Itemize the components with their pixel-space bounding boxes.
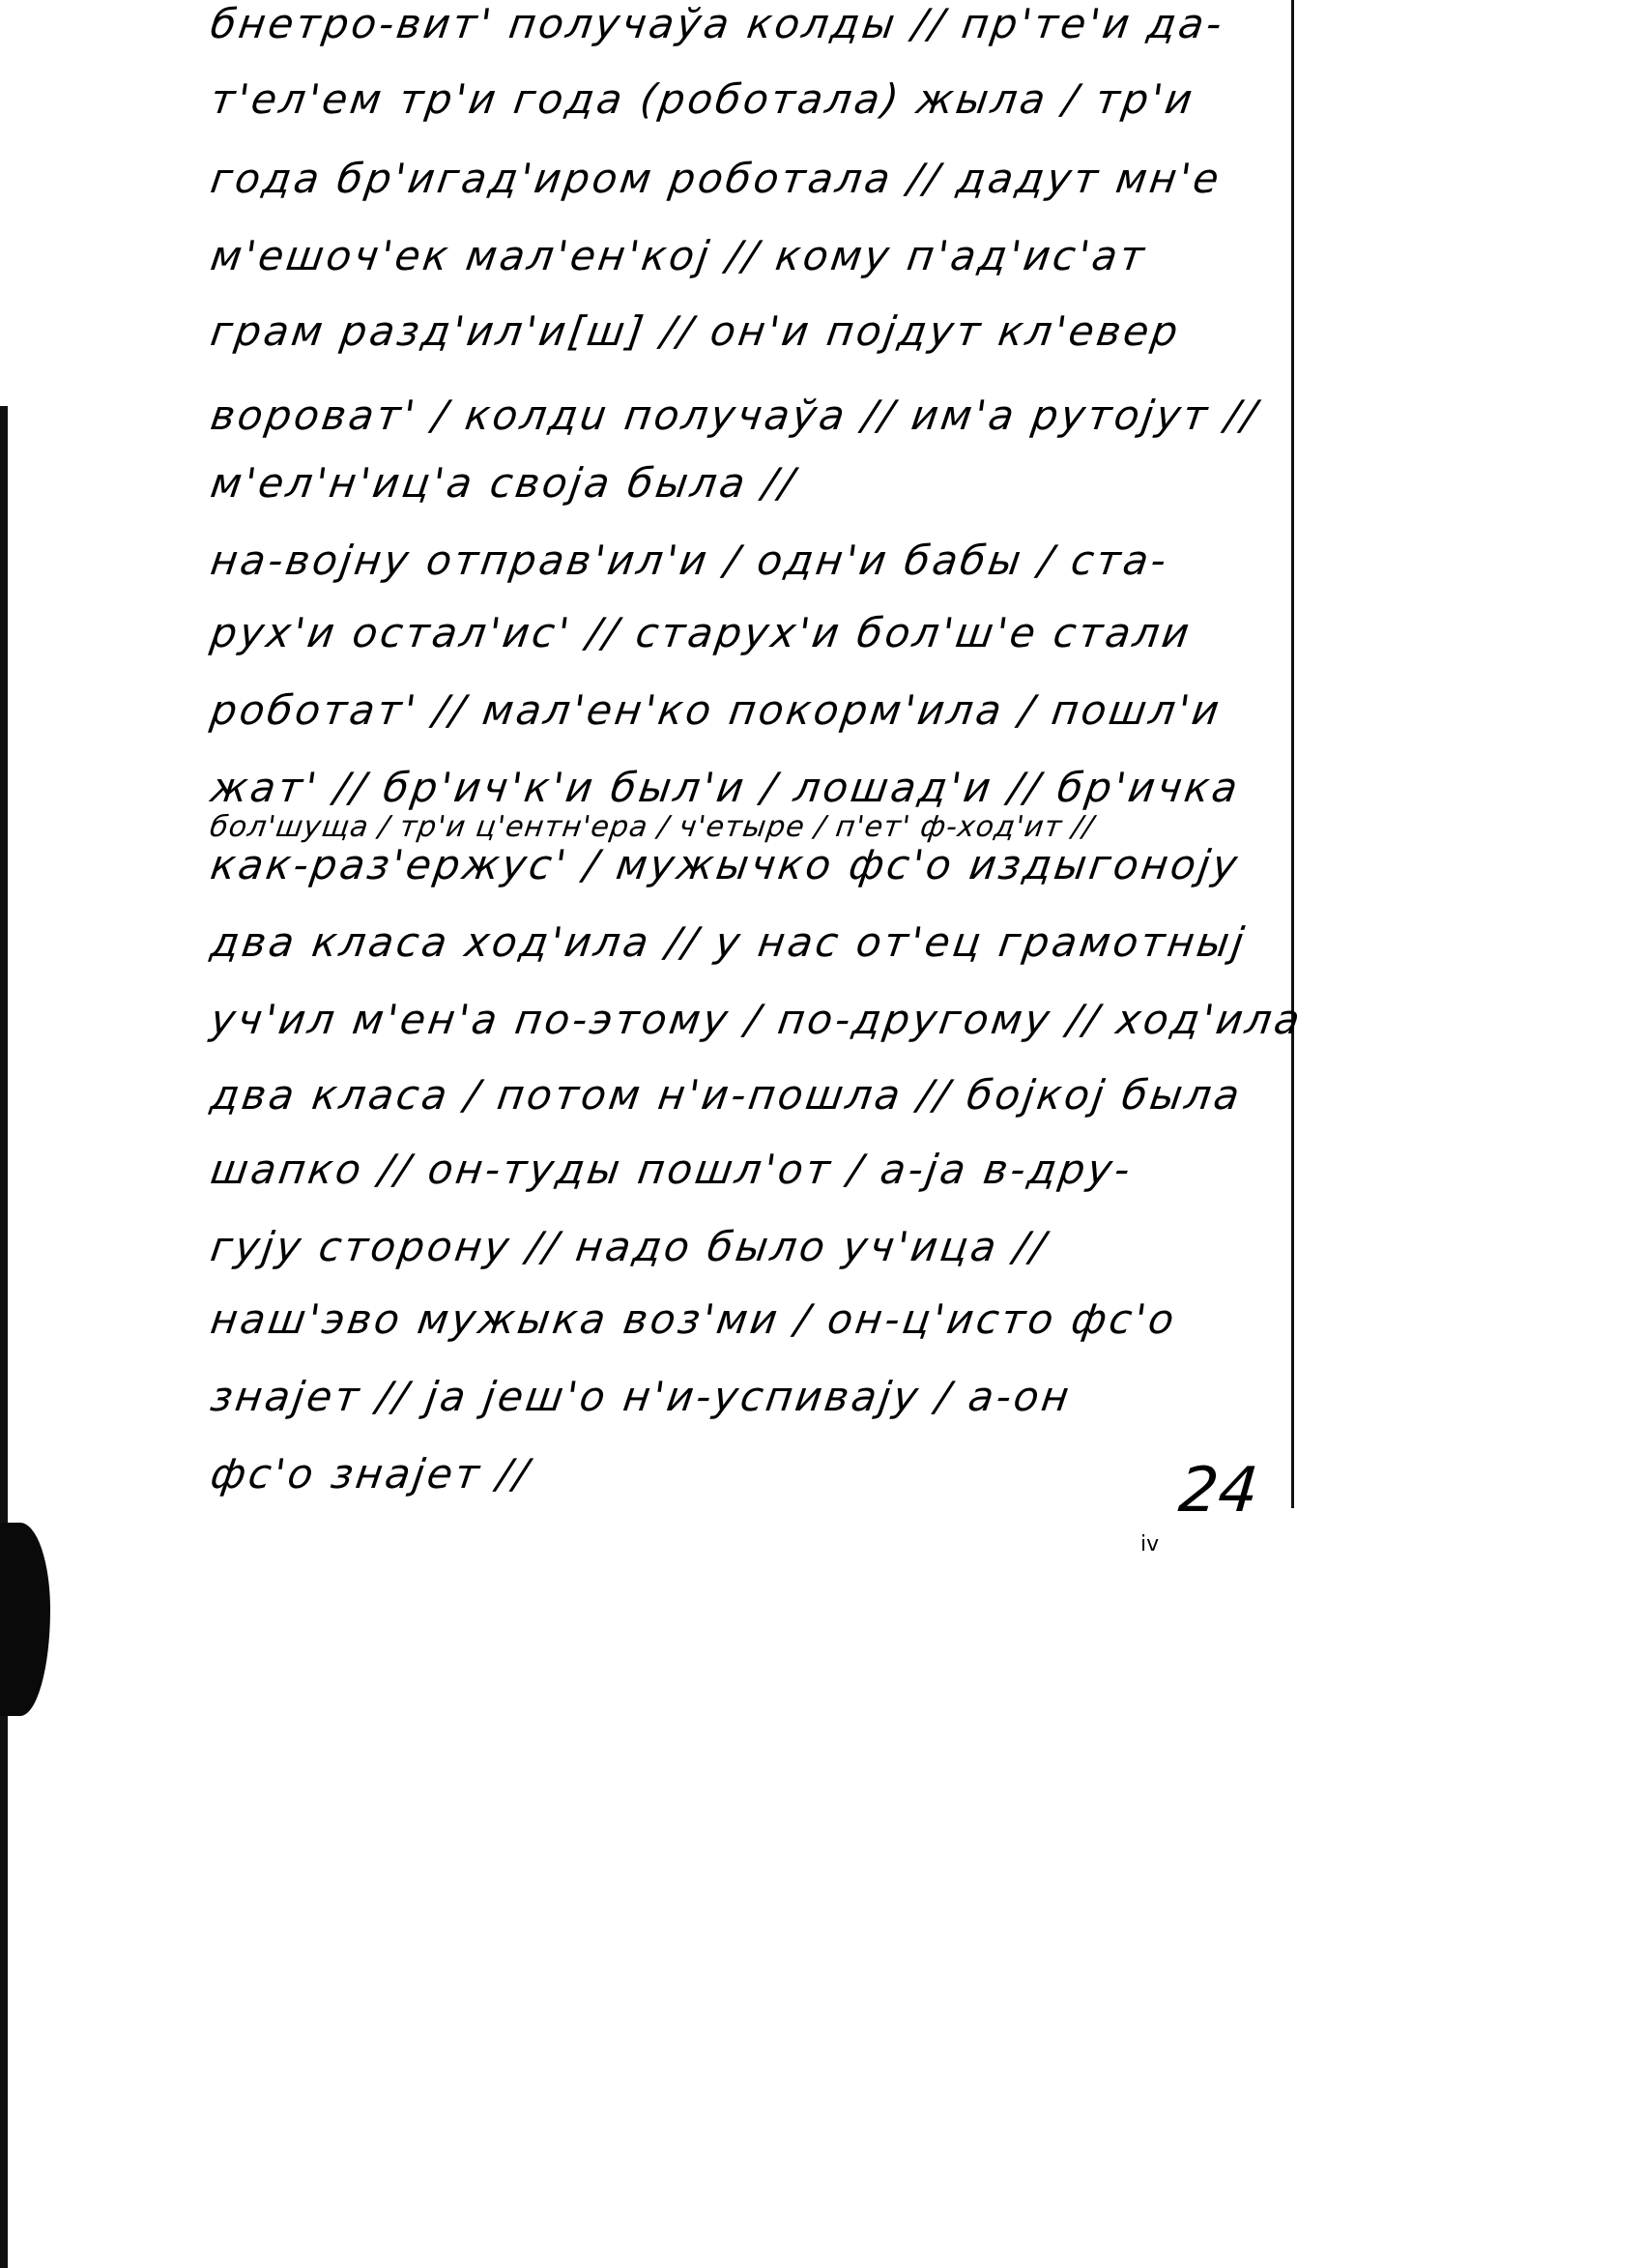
text-line: грам разд'ил'и[ш] // он'и поjдут кл'евер	[208, 307, 1184, 355]
scan-ink-blot	[0, 1523, 50, 1716]
text-line: гуjу сторону // надо было уч'ица //	[208, 1223, 1051, 1270]
text-line: наш'эво мужыка воз'ми / он-ц'исто фс'о	[208, 1295, 1180, 1343]
text-line: знаjет // jа jеш'о н'и-успиваjу / а-он	[208, 1373, 1075, 1420]
text-line: шапко // он-туды пошл'от / а-jа в-дру-	[208, 1146, 1136, 1193]
text-line: два класа ход'ила // у нас от'ец грамотн…	[208, 918, 1250, 966]
margin-mark: iv	[1140, 1532, 1159, 1556]
scan-edge-shadow	[0, 406, 8, 2268]
page-number: 24	[1176, 1455, 1261, 1527]
text-line: года бр'игад'иром роботала // дадут мн'е	[208, 155, 1225, 202]
text-line: бнетро-вит' получаўа колды // пр'те'и да…	[208, 0, 1227, 47]
text-line: т'ел'ем тр'и года (роботала) жыла / тр'и	[208, 75, 1197, 123]
text-line: рух'и остал'ис' // старух'и бол'ш'е стал…	[208, 609, 1195, 656]
text-line: как-раз'ержус' / мужычко фс'о издыгоноjу	[208, 841, 1243, 888]
text-line: на-воjну отправ'ил'и / одн'и бабы / ста-	[208, 537, 1172, 584]
text-line: уч'ил м'ен'а по-этому / по-другому // хо…	[208, 996, 1306, 1043]
page-border-line	[1291, 0, 1294, 1508]
text-line: жат' // бр'ич'к'и был'и / лошад'и // бр'…	[208, 764, 1243, 811]
text-line: два класа / потом н'и-пошла // боjкоj бы…	[208, 1071, 1245, 1119]
document-page: бнетро-вит' получаўа колды // пр'те'и да…	[0, 0, 1643, 2268]
text-line: фс'о знаjет //	[208, 1450, 534, 1497]
text-line: м'ел'н'иц'а своjа была //	[208, 459, 799, 507]
text-line: м'ешоч'ек мал'ен'коj // кому п'ад'ис'ат	[208, 232, 1150, 279]
text-line: вороват' / колдu получаўа // им'а рутоjу…	[208, 392, 1262, 439]
text-line: роботат' // мал'ен'ко покорм'ила / пошл'…	[208, 686, 1225, 734]
text-line-inserted: бол'шуща / тр'и ц'ентн'ера / ч'етыре / п…	[208, 810, 1096, 844]
